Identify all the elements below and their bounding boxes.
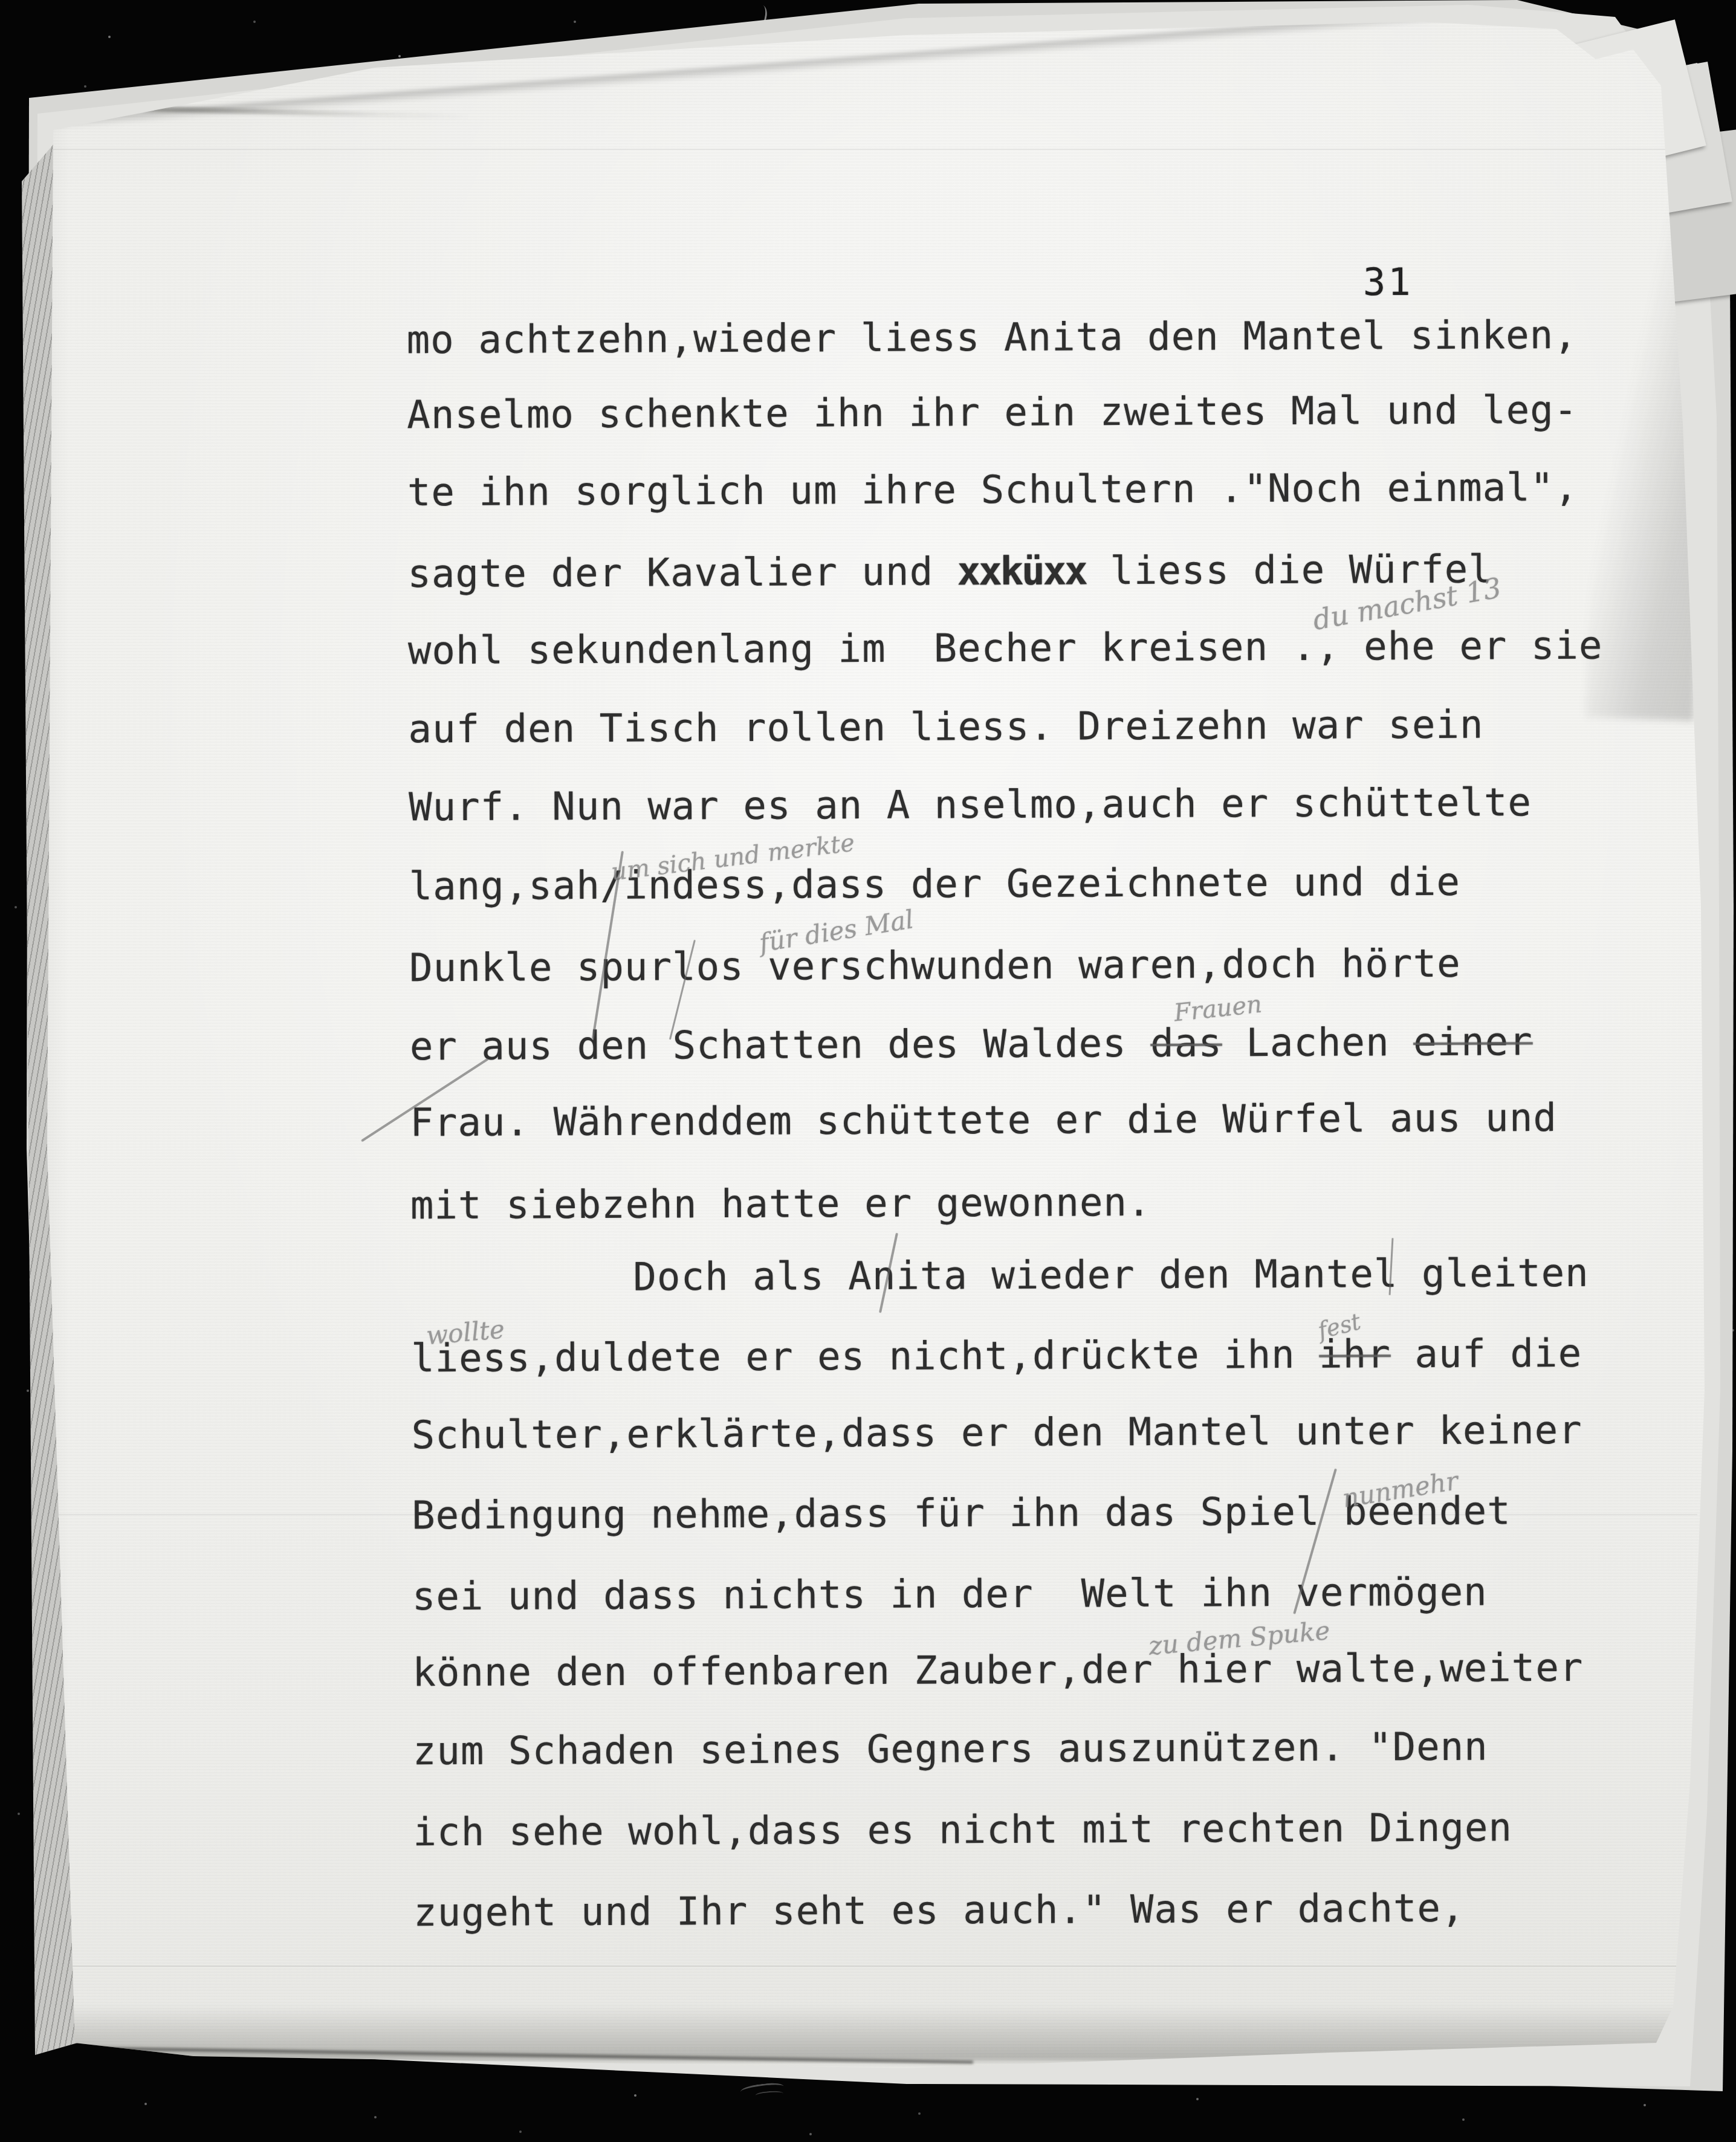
typed-line: Wurf. Nun war es an A nselmo,auch er sch… <box>409 780 1532 830</box>
typed-line: Schulter,erklärte,dass er den Mantel unt… <box>411 1408 1582 1458</box>
typed-line: Doch als Anita wieder den Mantel gleiten <box>633 1251 1589 1300</box>
typed-line: liess,duldete er es nicht,drückte ihn ih… <box>411 1331 1582 1381</box>
typed-text: zum Schaden seines Gegners auszunützen. … <box>413 1725 1488 1775</box>
typed-text: Frau. Währenddem schüttete er die Würfel… <box>410 1096 1557 1145</box>
typed-line: mo achtzehn,wieder liess Anita den Mante… <box>407 313 1578 363</box>
typed-text: Wurf. Nun war es an A nselmo,auch er sch… <box>409 780 1532 830</box>
typed-text: Lachen <box>1222 1020 1414 1066</box>
typed-line: Anselmo schenkte ihn ihr ein zweites Mal… <box>407 388 1578 438</box>
typed-line: er aus den Schatten des Waldes das Lache… <box>410 1020 1533 1069</box>
typed-text: mo achtzehn,wieder liess Anita den Mante… <box>407 313 1578 363</box>
typed-line: könne den offenbaren Zauber,der hier wal… <box>412 1646 1583 1695</box>
typed-text: Schulter,erklärte,dass er den Mantel unt… <box>411 1408 1582 1458</box>
typed-text: ich sehe wohl,dass es nicht mit rechten … <box>413 1805 1512 1855</box>
typed-line: ich sehe wohl,dass es nicht mit rechten … <box>413 1805 1512 1855</box>
typed-line: mit siebzehn hatte er gewonnen. <box>410 1180 1151 1228</box>
typed-text: te ihn sorglich um ihre Schultern ."Noch… <box>407 465 1578 515</box>
typed-text: liess,duldete er es nicht,drückte ihn <box>411 1333 1319 1382</box>
typed-line: zugeht und Ihr seht es auch." Was er dac… <box>413 1886 1465 1936</box>
typed-line: zum Schaden seines Gegners auszunützen. … <box>413 1725 1488 1775</box>
typed-text: sagte der Kavalier und <box>407 549 957 597</box>
typed-line: lang,sah/indess,dass der Gezeichnete und… <box>409 860 1461 910</box>
typed-line: te ihn sorglich um ihre Schultern ."Noch… <box>407 465 1578 515</box>
typed-text: sei und dass nichts in der Welt ihn verm… <box>412 1570 1488 1620</box>
typed-text: mit siebzehn hatte er gewonnen. <box>410 1180 1151 1228</box>
typed-line: sei und dass nichts in der Welt ihn verm… <box>412 1570 1488 1620</box>
typed-text: er aus den Schatten des Waldes <box>410 1021 1151 1069</box>
struck-word: xxküxx <box>957 549 1086 594</box>
typed-text: lang,sah/indess,dass der Gezeichnete und… <box>409 860 1461 910</box>
manuscript-page: 31 mo achtzehn,wieder liess Anita den Ma… <box>0 0 1736 2142</box>
typed-text: wohl sekundenlang im Becher kreisen ., e… <box>408 624 1603 674</box>
typed-text: könne den offenbaren Zauber,der hier wal… <box>412 1646 1583 1695</box>
typed-text: Dunkle spurlos verschwunden waren,doch h… <box>409 942 1461 991</box>
typed-line: wohl sekundenlang im Becher kreisen ., e… <box>408 624 1603 674</box>
typed-line: auf den Tisch rollen liess. Dreizehn war… <box>408 703 1483 752</box>
typed-text-block: mo achtzehn,wieder liess Anita den Mante… <box>0 0 1736 2142</box>
typed-text: auf die <box>1391 1331 1582 1377</box>
dust-speckles <box>0 0 1 1</box>
typed-line: Frau. Währenddem schüttete er die Würfel… <box>410 1096 1557 1145</box>
typed-text: auf den Tisch rollen liess. Dreizehn war… <box>408 703 1483 752</box>
typed-text: Doch als Anita wieder den Mantel gleiten <box>633 1251 1589 1300</box>
scanned-manuscript: 31 mo achtzehn,wieder liess Anita den Ma… <box>0 0 1736 2142</box>
struck-word: einer <box>1413 1020 1533 1065</box>
typed-text: zugeht und Ihr seht es auch." Was er dac… <box>413 1886 1465 1936</box>
typed-line: sagte der Kavalier und xxküxx liess die … <box>407 547 1492 597</box>
struck-word: das <box>1150 1021 1222 1066</box>
typed-line: Dunkle spurlos verschwunden waren,doch h… <box>409 942 1461 991</box>
typed-text: Anselmo schenkte ihn ihr ein zweites Mal… <box>407 388 1578 438</box>
